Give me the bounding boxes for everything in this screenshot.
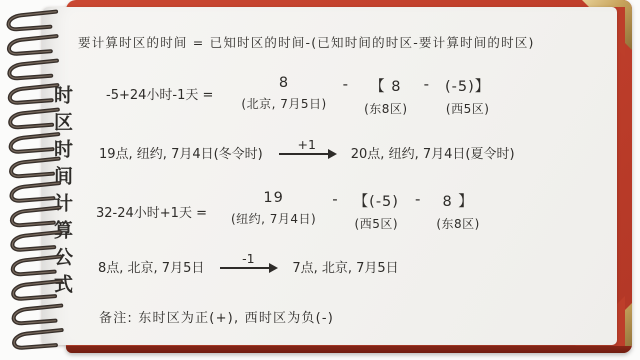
- calc1-term-2-value: 【 8: [370, 75, 401, 96]
- conversion-row-newyork: 19点, 纽约, 7月4日(冬令时) +1 20点, 纽约, 7月4日(夏令时): [99, 143, 515, 162]
- book-bottom-edge: [66, 346, 632, 353]
- calc1-equation: 8 (北京, 7月5日) - 【 8 (东8区) - (-5)】 (西5区): [241, 75, 490, 117]
- calc1-minus-1: -: [327, 75, 364, 93]
- calc1-minus-2: -: [408, 75, 445, 93]
- desk-background: 要计算时区的时间 = 已知时区的时间-(已知时间的时区-要计算时间的时区) 时区…: [0, 0, 640, 360]
- calc2-term-1-label: (纽约, 7月4日): [231, 210, 316, 227]
- calc1-term-3-value: (-5)】: [445, 75, 490, 96]
- calc2-lhs: 32-24小时+1天 =: [96, 202, 207, 221]
- conv1-to: 20点, 纽约, 7月4日(夏令时): [351, 143, 515, 162]
- calc1-term-1-label: (北京, 7月5日): [241, 95, 326, 112]
- calc1-term-1-value: 8: [279, 75, 289, 91]
- formula-title: 要计算时区的时间 = 已知时区的时间-(已知时间的时区-要计算时间的时区): [78, 33, 535, 51]
- calc2-term-3: 8 】 (东8区): [436, 190, 480, 232]
- conversion-row-beijing: 8点, 北京, 7月5日 -1 7点, 北京, 7月5日: [98, 257, 399, 276]
- calc1-term-1: 8 (北京, 7月5日): [241, 75, 326, 112]
- calc1-term-3-label: (西5区): [446, 100, 490, 117]
- calc2-term-1: 19 (纽约, 7月4日): [231, 190, 316, 227]
- plus-one-arrow-icon: +1: [279, 139, 335, 155]
- minus-one-arrow-icon: -1: [220, 253, 276, 269]
- calc2-term-1-value: 19: [263, 190, 283, 206]
- calc2-equation: 19 (纽约, 7月4日) - 【(-5) (西5区) - 8 】 (东8区): [231, 190, 480, 232]
- conv1-arrow-label: +1: [298, 139, 316, 151]
- calc2-term-3-label: (东8区): [436, 215, 480, 232]
- calc1-lhs: -5+24小时-1天 =: [106, 84, 213, 103]
- calc2-term-2-value: 【(-5): [354, 190, 399, 211]
- calc-row-newyork: 32-24小时+1天 = 19 (纽约, 7月4日) - 【(-5) (西5区)…: [96, 190, 480, 232]
- calc2-minus-2: -: [399, 190, 436, 208]
- calc1-term-3: (-5)】 (西5区): [445, 75, 490, 117]
- conv1-from: 19点, 纽约, 7月4日(冬令时): [99, 143, 263, 162]
- calc1-term-2: 【 8 (东8区): [364, 75, 408, 117]
- calc2-term-3-value: 8 】: [442, 190, 473, 211]
- calc2-minus-1: -: [316, 190, 353, 208]
- notebook-page: 要计算时区的时间 = 已知时区的时间-(已知时间的时区-要计算时间的时区) 时区…: [42, 7, 617, 345]
- conv2-arrow-label: -1: [242, 253, 254, 265]
- calc2-term-2: 【(-5) (西5区): [354, 190, 399, 232]
- conv2-from: 8点, 北京, 7月5日: [98, 257, 204, 276]
- footnote: 备注: 东时区为正(+), 西时区为负(-): [99, 307, 334, 326]
- calc2-term-2-label: (西5区): [355, 215, 399, 232]
- spiral-binding-icon: [0, 0, 70, 360]
- calc-row-beijing: -5+24小时-1天 = 8 (北京, 7月5日) - 【 8 (东8区) - …: [106, 75, 490, 117]
- conv2-to: 7点, 北京, 7月5日: [292, 257, 398, 276]
- calc1-term-2-label: (东8区): [364, 100, 408, 117]
